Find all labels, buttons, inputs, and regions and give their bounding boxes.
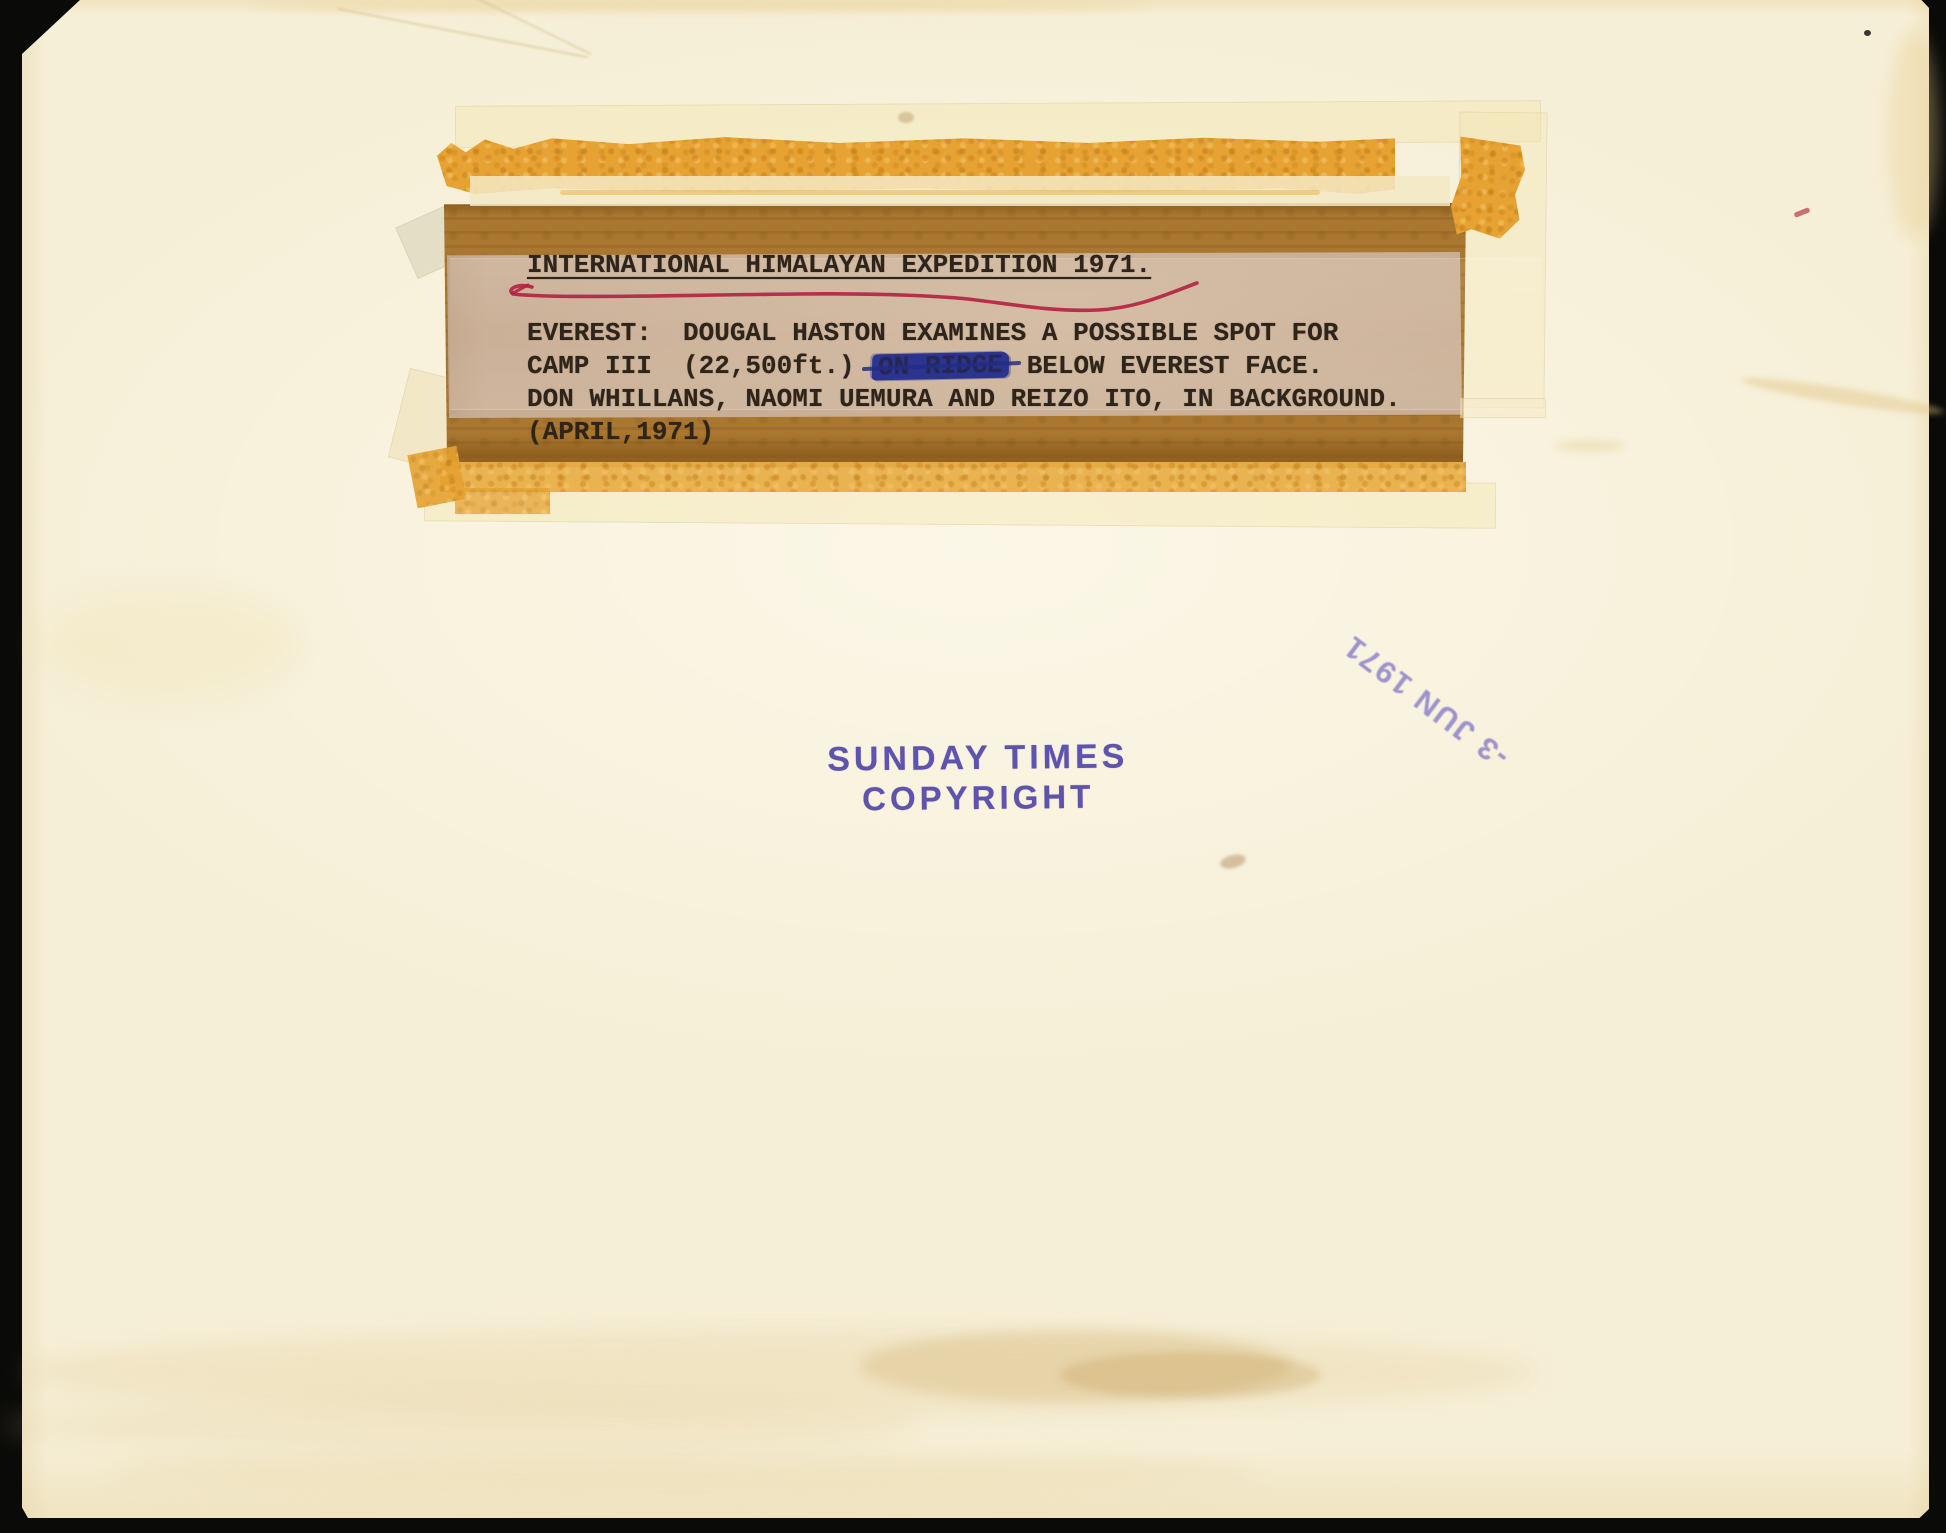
caption-title: INTERNATIONAL HIMALAYAN EXPEDITION 1971. (527, 252, 1151, 278)
sunday-times-copyright-stamp: SUNDAY TIMES COPYRIGHT (818, 736, 1139, 819)
caption-line-2-pre: CAMP III (22,500ft.) (527, 351, 870, 381)
red-underline-mark (498, 276, 1210, 324)
scanner-background: { "label": { "title": "INTERNATIONAL HIM… (0, 0, 1946, 1533)
caption-line-4: (APRIL,1971) (527, 419, 714, 445)
stamp-line-2: COPYRIGHT (818, 776, 1138, 819)
crossed-out-text: ON RIDGE (872, 352, 1010, 381)
caption-line-2-post: BELOW EVEREST FACE. (1011, 351, 1323, 381)
stamp-line-1: SUNDAY TIMES (818, 736, 1138, 779)
caption-line-3: DON WHILLANS, NAOMI UEMURA AND REIZO ITO… (527, 386, 1401, 412)
caption-line-2: CAMP III (22,500ft.) ON RIDGE BELOW EVER… (527, 353, 1323, 379)
